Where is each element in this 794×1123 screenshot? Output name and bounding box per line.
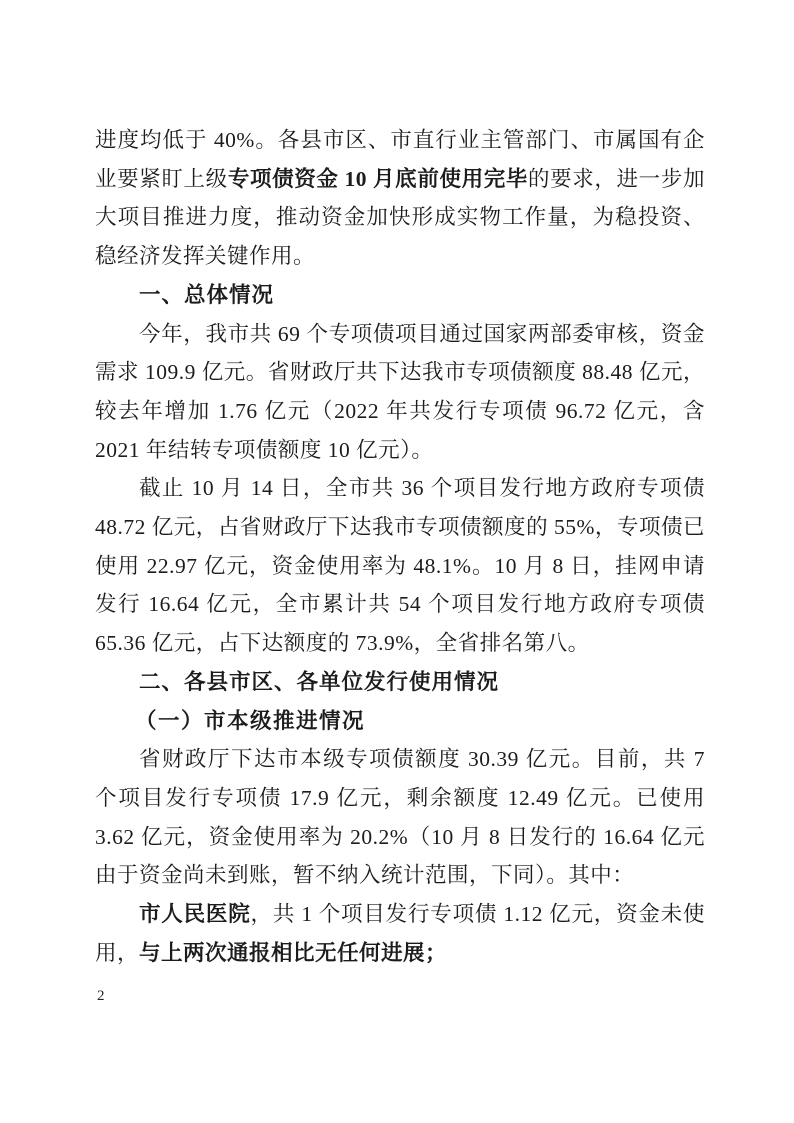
text-run: 截止 10 月 14 日，全市共 36 个项目发行地方政府专项债 48.72 亿… xyxy=(95,476,705,655)
text-run: 省财政厅下达市本级专项债额度 30.39 亿元。目前，共 7 个项目发行专项债 … xyxy=(95,747,705,887)
bold-text-run: 专项债资金 10 月底前使用完毕 xyxy=(228,167,528,191)
bold-text-run: （一）市本级推进情况 xyxy=(135,709,365,733)
subsection-heading-city-level: （一）市本级推进情况 xyxy=(95,702,705,741)
bold-text-run: 与上两次通报相比无任何进展； xyxy=(139,941,447,965)
paragraph-overall-quota: 今年，我市共 69 个专项债项目通过国家两部委审核，资金需求 109.9 亿元。… xyxy=(95,315,705,470)
document-body: 进度均低于 40%。各县市区、市直行业主管部门、市属国有企业要紧盯上级专项债资金… xyxy=(95,121,705,972)
bold-text-run: 一、总体情况 xyxy=(139,283,274,307)
page-number: 2 xyxy=(97,986,105,1006)
paragraph-issuance-progress: 截止 10 月 14 日，全市共 36 个项目发行地方政府专项债 48.72 亿… xyxy=(95,469,705,663)
paragraph-hospital: 市人民医院，共 1 个项目发行专项债 1.12 亿元，资金未使用，与上两次通报相… xyxy=(95,895,705,972)
bold-text-run: 市人民医院 xyxy=(139,902,251,926)
bold-text-run: 二、各县市区、各单位发行使用情况 xyxy=(139,670,499,694)
paragraph-city-level-detail: 省财政厅下达市本级专项债额度 30.39 亿元。目前，共 7 个项目发行专项债 … xyxy=(95,740,705,895)
section-heading-overall: 一、总体情况 xyxy=(95,276,705,315)
section-heading-counties: 二、各县市区、各单位发行使用情况 xyxy=(95,663,705,702)
document-page: 进度均低于 40%。各县市区、市直行业主管部门、市属国有企业要紧盯上级专项债资金… xyxy=(0,0,794,1123)
text-run: 今年，我市共 69 个专项债项目通过国家两部委审核，资金需求 109.9 亿元。… xyxy=(95,322,705,462)
paragraph-continuation: 进度均低于 40%。各县市区、市直行业主管部门、市属国有企业要紧盯上级专项债资金… xyxy=(95,121,705,276)
